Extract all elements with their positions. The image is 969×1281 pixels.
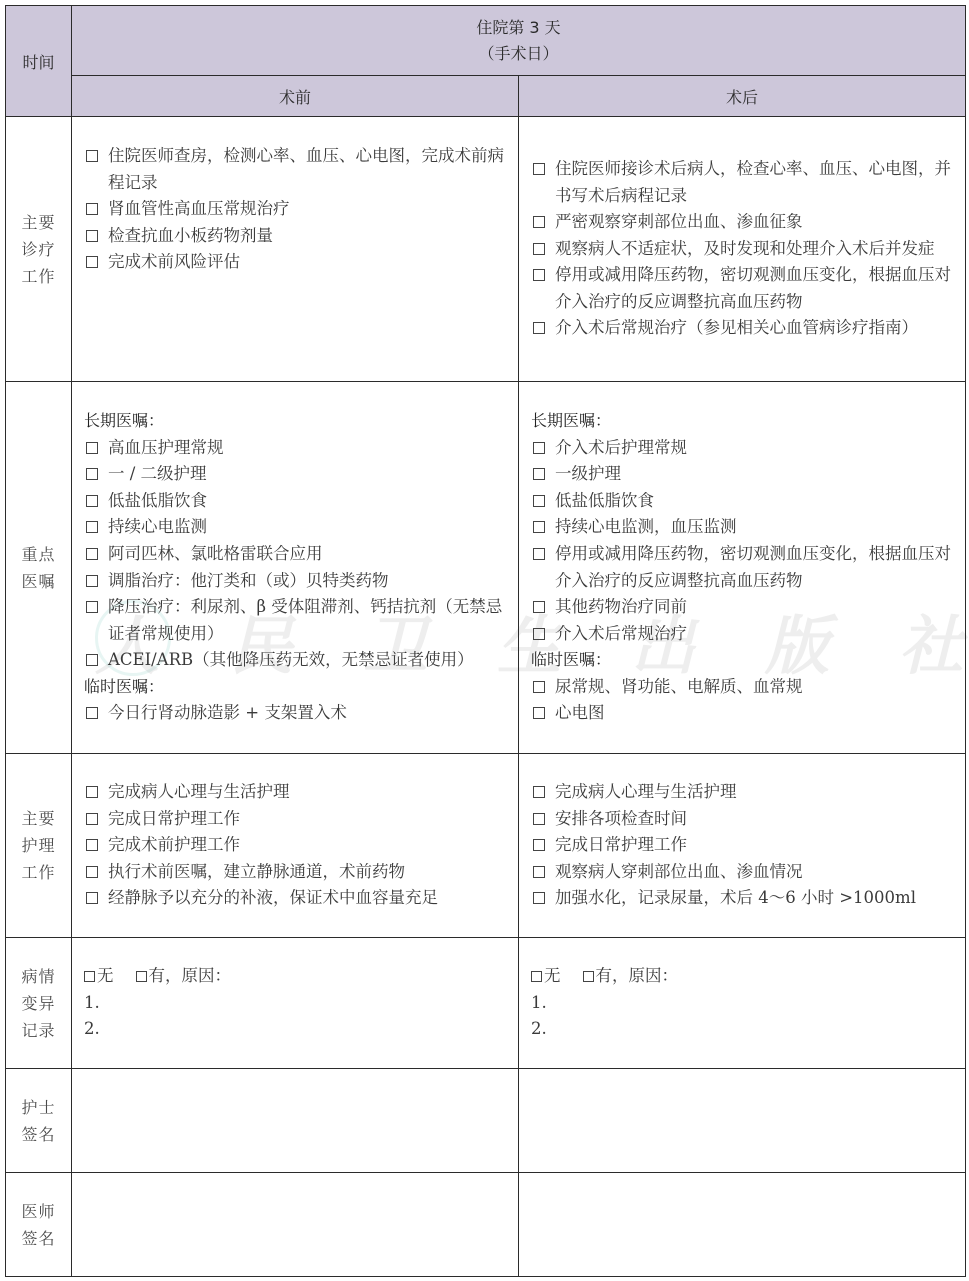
- checkbox-icon[interactable]: [86, 495, 98, 507]
- variance-line-1[interactable]: 1.: [531, 990, 957, 1017]
- doctor-signature-pre-field[interactable]: [72, 1173, 519, 1277]
- nursing-post-cell: 完成病人心理与生活护理 安排各项检查时间 完成日常护理工作 观察病人穿刺部位出血…: [519, 754, 966, 938]
- clinical-pathway-table: 时间 住院第 3 天 （手术日） 术前 术后 主要 诊疗 工作 住院医师查房，检…: [5, 5, 966, 1277]
- checklist-item[interactable]: 持续心电监测，血压监测: [531, 514, 957, 541]
- row-nursing: 主要 护理 工作 完成病人心理与生活护理 完成日常护理工作 完成术前护理工作 执…: [6, 754, 966, 938]
- variance-post-cell: 无 有，原因： 1. 2.: [519, 938, 966, 1069]
- checkbox-icon[interactable]: [533, 839, 545, 851]
- diagnosis-post-cell: 住院医师接诊术后病人，检查心率、血压、心电图，并书写术后病程记录 严密观察穿刺部…: [519, 117, 966, 382]
- variance-line-1[interactable]: 1.: [84, 990, 510, 1017]
- checkbox-icon[interactable]: [533, 548, 545, 560]
- day-title: 住院第 3 天: [72, 15, 965, 41]
- checklist-item[interactable]: 低盐低脂饮食: [84, 488, 510, 515]
- variance-line-2[interactable]: 2.: [84, 1016, 510, 1043]
- checkbox-icon[interactable]: [533, 442, 545, 454]
- checkbox-icon[interactable]: [86, 442, 98, 454]
- day-subtitle: （手术日）: [72, 41, 965, 67]
- checklist-item[interactable]: 今日行肾动脉造影 + 支架置入术: [84, 700, 510, 727]
- checklist-item[interactable]: 高血压护理常规: [84, 435, 510, 462]
- checkbox-icon[interactable]: [533, 468, 545, 480]
- checklist-item[interactable]: 尿常规、肾功能、电解质、血常规: [531, 674, 957, 701]
- variance-yes-label: 有，原因：: [149, 963, 232, 990]
- checkbox-icon[interactable]: [533, 521, 545, 533]
- checkbox-icon[interactable]: [533, 243, 545, 255]
- checklist-item[interactable]: 调脂治疗：他汀类和（或）贝特类药物: [84, 568, 510, 595]
- checklist-item[interactable]: 介入术后护理常规: [531, 435, 957, 462]
- checkbox-icon[interactable]: [86, 786, 98, 798]
- row-nurse-signature: 护士 签名: [6, 1069, 966, 1173]
- checklist-item[interactable]: 检查抗血小板药物剂量: [84, 223, 510, 250]
- checklist-item[interactable]: 一级护理: [531, 461, 957, 488]
- checkbox-icon[interactable]: [533, 813, 545, 825]
- nursing-pre-cell: 完成病人心理与生活护理 完成日常护理工作 完成术前护理工作 执行术前医嘱，建立静…: [72, 754, 519, 938]
- day-header: 住院第 3 天 （手术日）: [72, 6, 966, 76]
- checkbox-icon[interactable]: [86, 654, 98, 666]
- variance-yes-checkbox[interactable]: [583, 971, 594, 982]
- checklist-item[interactable]: 严密观察穿刺部位出血、渗血征象: [531, 209, 957, 236]
- checklist-item[interactable]: 停用或减用降压药物，密切观测血压变化，根据血压对介入治疗的反应调整抗高血压药物: [531, 262, 957, 315]
- checklist-item[interactable]: 低盐低脂饮食: [531, 488, 957, 515]
- checklist-item[interactable]: 安排各项检查时间: [531, 806, 957, 833]
- nurse-signature-post-field[interactable]: [519, 1069, 966, 1173]
- checklist-item[interactable]: 观察病人穿刺部位出血、渗血情况: [531, 859, 957, 886]
- checklist-item[interactable]: 住院医师查房，检测心率、血压、心电图，完成术前病程记录: [84, 143, 510, 196]
- checklist-item[interactable]: 降压治疗：利尿剂、β 受体阻滞剂、钙拮抗剂（无禁忌证者常规使用）: [84, 594, 510, 647]
- checkbox-icon[interactable]: [86, 521, 98, 533]
- checklist-item[interactable]: ACEI/ARB（其他降压药无效，无禁忌证者使用）: [84, 647, 510, 674]
- row-label-orders: 重点 医嘱: [6, 382, 72, 754]
- checkbox-icon[interactable]: [533, 681, 545, 693]
- variance-none-label: 无: [97, 963, 114, 990]
- checklist-item[interactable]: 心电图: [531, 700, 957, 727]
- pre-op-header: 术前: [72, 76, 519, 117]
- checklist-item[interactable]: 介入术后常规治疗（参见相关心血管病诊疗指南）: [531, 315, 957, 342]
- variance-none-label: 无: [544, 963, 561, 990]
- variance-line-2[interactable]: 2.: [531, 1016, 957, 1043]
- nurse-signature-pre-field[interactable]: [72, 1069, 519, 1173]
- variance-none-checkbox[interactable]: [531, 971, 542, 982]
- row-orders: 重点 医嘱 长期医嘱： 高血压护理常规 一 / 二级护理 低盐低脂饮食 持续心电…: [6, 382, 966, 754]
- checklist-item[interactable]: 完成术前护理工作: [84, 832, 510, 859]
- checklist-item[interactable]: 完成术前风险评估: [84, 249, 510, 276]
- checklist-item[interactable]: 加强水化，记录尿量，术后 4～6 小时 >1000ml: [531, 885, 957, 912]
- long-term-orders-label: 长期医嘱：: [531, 408, 957, 435]
- checklist-item[interactable]: 其他药物治疗同前: [531, 594, 957, 621]
- variance-none-checkbox[interactable]: [84, 971, 95, 982]
- checkbox-icon[interactable]: [86, 548, 98, 560]
- checkbox-icon[interactable]: [533, 601, 545, 613]
- checkbox-icon[interactable]: [86, 575, 98, 587]
- checklist-item[interactable]: 完成日常护理工作: [84, 806, 510, 833]
- checkbox-icon[interactable]: [533, 786, 545, 798]
- post-op-header: 术后: [519, 76, 966, 117]
- checklist-item[interactable]: 观察病人不适症状，及时发现和处理介入术后并发症: [531, 236, 957, 263]
- row-diagnosis: 主要 诊疗 工作 住院医师查房，检测心率、血压、心电图，完成术前病程记录 肾血管…: [6, 117, 966, 382]
- checklist-item[interactable]: 完成病人心理与生活护理: [531, 779, 957, 806]
- checklist-item[interactable]: 执行术前医嘱，建立静脉通道，术前药物: [84, 859, 510, 886]
- checkbox-icon[interactable]: [86, 707, 98, 719]
- checklist-item[interactable]: 肾血管性高血压常规治疗: [84, 196, 510, 223]
- checkbox-icon[interactable]: [86, 203, 98, 215]
- row-doctor-signature: 医师 签名: [6, 1173, 966, 1277]
- checklist-item[interactable]: 介入术后常规治疗: [531, 621, 957, 648]
- checkbox-icon[interactable]: [86, 892, 98, 904]
- checkbox-icon[interactable]: [86, 601, 98, 613]
- checklist-item[interactable]: 一 / 二级护理: [84, 461, 510, 488]
- row-label-doctor-signature: 医师 签名: [6, 1173, 72, 1277]
- checkbox-icon[interactable]: [86, 813, 98, 825]
- variance-yes-label: 有，原因：: [596, 963, 679, 990]
- checkbox-icon[interactable]: [86, 839, 98, 851]
- orders-post-cell: 长期医嘱： 介入术后护理常规 一级护理 低盐低脂饮食 持续心电监测，血压监测 停…: [519, 382, 966, 754]
- checklist-item[interactable]: 阿司匹林、氯吡格雷联合应用: [84, 541, 510, 568]
- variance-yes-checkbox[interactable]: [136, 971, 147, 982]
- orders-pre-cell: 长期医嘱： 高血压护理常规 一 / 二级护理 低盐低脂饮食 持续心电监测 阿司匹…: [72, 382, 519, 754]
- checkbox-icon[interactable]: [533, 269, 545, 281]
- checkbox-icon[interactable]: [86, 468, 98, 480]
- time-header-label: 时间: [22, 53, 54, 72]
- time-header: 时间: [6, 6, 72, 117]
- row-label-nurse-signature: 护士 签名: [6, 1069, 72, 1173]
- checkbox-icon[interactable]: [533, 866, 545, 878]
- checkbox-icon[interactable]: [533, 216, 545, 228]
- checkbox-icon[interactable]: [533, 322, 545, 334]
- checklist-item[interactable]: 完成日常护理工作: [531, 832, 957, 859]
- checkbox-icon[interactable]: [86, 866, 98, 878]
- checkbox-icon[interactable]: [533, 628, 545, 640]
- variance-pre-cell: 无 有，原因： 1. 2.: [72, 938, 519, 1069]
- row-label-variance: 病情 变异 记录: [6, 938, 72, 1069]
- row-label-diagnosis: 主要 诊疗 工作: [6, 117, 72, 382]
- checkbox-icon[interactable]: [533, 163, 545, 175]
- checklist-item[interactable]: 完成病人心理与生活护理: [84, 779, 510, 806]
- row-label-nursing: 主要 护理 工作: [6, 754, 72, 938]
- row-variance: 病情 变异 记录 无 有，原因： 1. 2. 无 有，原因： 1. 2.: [6, 938, 966, 1069]
- checklist-item[interactable]: 停用或减用降压药物，密切观测血压变化，根据血压对介入治疗的反应调整抗高血压药物: [531, 541, 957, 594]
- checklist-item[interactable]: 住院医师接诊术后病人，检查心率、血压、心电图，并书写术后病程记录: [531, 156, 957, 209]
- checkbox-icon[interactable]: [86, 230, 98, 242]
- long-term-orders-label: 长期医嘱：: [84, 408, 510, 435]
- checkbox-icon[interactable]: [533, 495, 545, 507]
- checklist-item[interactable]: 经静脉予以充分的补液，保证术中血容量充足: [84, 885, 510, 912]
- checklist-item[interactable]: 持续心电监测: [84, 514, 510, 541]
- temporary-orders-label: 临时医嘱：: [531, 647, 957, 674]
- checkbox-icon[interactable]: [533, 892, 545, 904]
- diagnosis-pre-cell: 住院医师查房，检测心率、血压、心电图，完成术前病程记录 肾血管性高血压常规治疗 …: [72, 117, 519, 382]
- doctor-signature-post-field[interactable]: [519, 1173, 966, 1277]
- checkbox-icon[interactable]: [86, 150, 98, 162]
- temporary-orders-label: 临时医嘱：: [84, 674, 510, 701]
- checkbox-icon[interactable]: [86, 256, 98, 268]
- checkbox-icon[interactable]: [533, 707, 545, 719]
